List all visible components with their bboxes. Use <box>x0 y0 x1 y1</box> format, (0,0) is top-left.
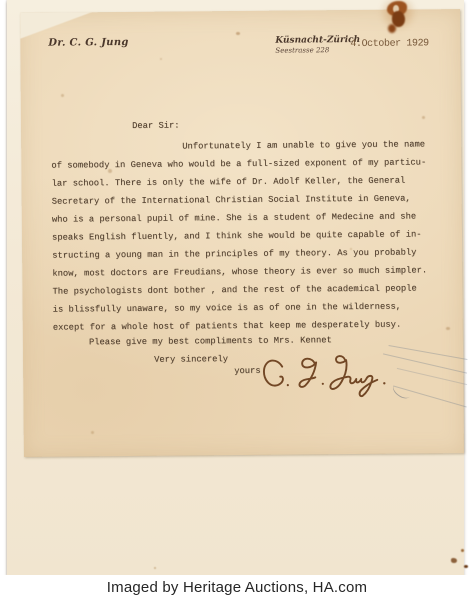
foxing-spot <box>446 327 450 330</box>
edge-speck <box>464 565 468 568</box>
corner-fold <box>20 12 92 39</box>
letter-body: Dear Sir: Unfortunately I am unable to g… <box>51 114 457 382</box>
edge-speck <box>451 558 457 563</box>
rust-stain-blob <box>388 24 396 33</box>
foxing-spot <box>61 94 64 97</box>
foxing-spot <box>91 431 94 434</box>
edge-speck <box>154 567 156 569</box>
scanned-letter-page: Dr. C. G. Jung Küsnacht-Zürich Seestrass… <box>0 0 474 600</box>
foxing-spot <box>108 169 112 173</box>
letterhead-address: Küsnacht-Zürich Seestrasse 228 <box>275 36 360 55</box>
foxing-spot <box>236 32 240 35</box>
letterhead-sender: Dr. C. G. Jung <box>48 37 128 49</box>
typed-line-greeting: Dear Sir: <box>51 114 455 136</box>
foxing-spot <box>350 248 352 250</box>
signature <box>259 351 394 404</box>
foxing-spot <box>160 58 162 60</box>
date-line: 4.October 1929 <box>350 38 429 50</box>
typed-line-yours: yours <box>53 360 457 382</box>
rust-stain <box>379 0 417 36</box>
foxing-spot <box>422 116 425 119</box>
photo-credit: Imaged by Heritage Auctions, HA.com <box>107 579 367 596</box>
photo-credit-band: Imaged by Heritage Auctions, HA.com <box>0 575 474 600</box>
letterhead-city: Küsnacht-Zürich <box>275 36 360 47</box>
edge-speck <box>461 549 464 552</box>
letterhead-street: Seestrasse 228 <box>275 47 360 55</box>
